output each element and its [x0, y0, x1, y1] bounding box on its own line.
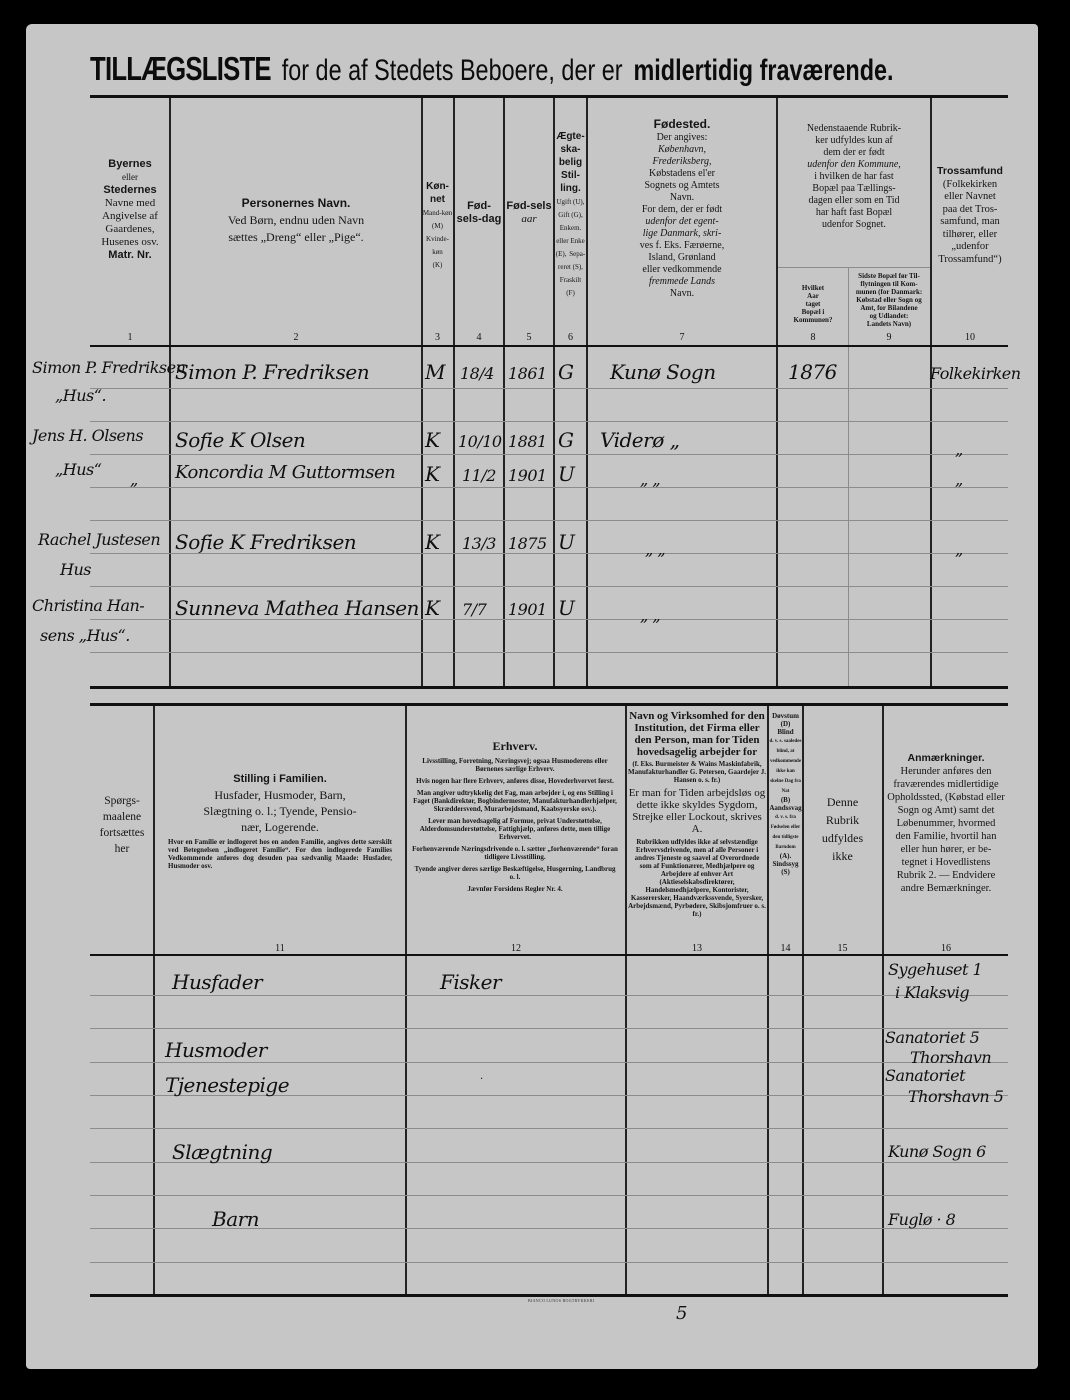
title-main: TILLÆGSLISTE: [90, 50, 271, 88]
cell-year-moved: 1876: [788, 360, 837, 384]
cell-birthplace: „ „: [640, 470, 660, 489]
col-number: 5: [506, 332, 552, 343]
col-number: 12: [408, 943, 624, 954]
cell-birthday: 10/10: [458, 432, 502, 451]
cell-birthplace: Kunø Sogn: [610, 360, 716, 384]
cell-position: Husfader: [172, 970, 262, 994]
header-col-5: Fød-selsaar: [506, 200, 552, 226]
header-col-8: Hvilket Aar taget Bopæl i Kommunen?: [780, 284, 846, 324]
cell-marital: U: [558, 530, 574, 554]
cell-sex: K: [425, 530, 439, 554]
cell-position: Barn: [212, 1207, 259, 1231]
page-number: 5: [676, 1303, 687, 1324]
col-number: 15: [804, 943, 881, 954]
cell-birthplace: „ „: [640, 606, 660, 625]
col-divider: [776, 98, 778, 688]
header-group-8-9: Nedenstaaende Rubrik- ker udfyldes kun a…: [780, 123, 928, 231]
title-middle: for de af Stedets Beboere, der er: [282, 54, 623, 88]
form-title: TILLÆGSLISTE for de af Stedets Beboere, …: [90, 50, 815, 90]
cell-religion: „: [955, 540, 963, 559]
col-number: 6: [555, 332, 586, 343]
cell-sex: K: [425, 596, 439, 620]
header-col-15: Denne Rubrik udfyldes ikke: [804, 793, 881, 865]
cell-remarks: Fuglø · 8: [888, 1210, 955, 1229]
ruled-line: [90, 454, 1008, 455]
cell-place: Simon P. Fredriksen: [32, 358, 185, 377]
cell-birthday: 13/3: [462, 534, 496, 553]
header-col-14: Døvstum (D) Blind d. v. s. saaledes blin…: [769, 712, 802, 876]
cell-position: Slægtning: [172, 1140, 272, 1164]
ruled-line: [90, 1262, 1008, 1263]
header-col-1: Byernes eller Stedernes Navne med Angive…: [92, 158, 168, 262]
cell-sex: M: [425, 360, 445, 384]
col-divider: [453, 98, 455, 688]
cell-name: Sofie K Fredriksen: [175, 530, 356, 554]
col-divider: [625, 706, 627, 1296]
stray-mark: ·: [480, 1074, 483, 1085]
table-bottom-rule: [90, 1294, 1008, 1297]
ruled-line: [90, 995, 1008, 996]
col-divider: [586, 98, 588, 688]
continuation-note: Spørgs- maalene fortsættes her: [92, 793, 152, 857]
cell-religion: „: [955, 440, 963, 459]
header-rule: [90, 954, 1008, 956]
cell-religion: Folkekirken: [930, 364, 1021, 383]
cell-remarks: Sanatoriet 5: [885, 1028, 979, 1047]
ruled-line: [90, 487, 1008, 488]
cell-religion: „: [955, 470, 963, 489]
header-col-4: Fød-sels-dag: [456, 200, 502, 226]
cell-marital: U: [558, 596, 574, 620]
col-divider: [153, 706, 155, 1296]
cell-place: Rachel Justesen: [38, 530, 160, 549]
cell-birthday: 18/4: [460, 364, 494, 383]
cell-place: sens „Hus“.: [40, 626, 130, 645]
cell-remarks: Thorshavn 5: [908, 1087, 1003, 1106]
ruled-line: [90, 652, 1008, 653]
header-col-9: Sidste Bopæl før Til- flytningen til Kom…: [850, 272, 928, 328]
cell-remarks: Thorshavn: [910, 1048, 991, 1067]
header-col-16: Anmærkninger. Herunder anføres den fravæ…: [885, 752, 1007, 895]
cell-sex: K: [425, 462, 439, 486]
col-number: 11: [160, 943, 400, 954]
col-number: 16: [885, 943, 1007, 954]
cell-marital: G: [558, 360, 573, 384]
cell-remarks: Kunø Sogn 6: [888, 1142, 986, 1161]
cell-occupation: Fisker: [440, 970, 501, 994]
ruled-line: [90, 520, 1008, 521]
cell-marital: U: [558, 462, 574, 486]
cell-birthyear: 1901: [508, 466, 547, 485]
ruled-line: [90, 1062, 1008, 1063]
title-end: midlertidig fraværende.: [633, 54, 893, 88]
cell-remarks: Sanatoriet: [885, 1066, 965, 1085]
col-divider: [405, 706, 407, 1296]
col-number: 14: [769, 943, 802, 954]
cell-place: „Hus“: [55, 460, 101, 479]
header-col-12: Erhverv. Livsstilling, Forretning, Nærin…: [412, 738, 618, 893]
col-divider: [503, 98, 505, 688]
ruled-line: [90, 586, 1008, 587]
ruled-line: [90, 421, 1008, 422]
col-divider: [882, 706, 884, 1296]
cell-place: Christina Han-: [32, 596, 144, 615]
ruled-line: [90, 1195, 1008, 1196]
ruled-line: [90, 388, 1008, 389]
header-col-10: Trossamfund (Folkekirken eller Navnet pa…: [932, 165, 1008, 266]
printer-mark: BIANCO LUNOS BOGTRYKKERI: [528, 1298, 594, 1303]
col-divider: [848, 268, 849, 688]
cell-remarks: i Klaksvig: [895, 983, 969, 1002]
cell-birthday: 11/2: [462, 466, 496, 485]
table-top-rule: [90, 703, 1008, 706]
cell-name: Koncordia M Guttormsen: [175, 462, 395, 483]
cell-remarks: Sygehuset 1: [888, 960, 982, 979]
cell-place: Jens H. Olsens: [32, 426, 143, 445]
col-number: 8: [780, 332, 846, 343]
col-number: 2: [172, 332, 420, 343]
col-number: 3: [422, 332, 453, 343]
cell-name: Sofie K Olsen: [175, 428, 305, 452]
header-col-2: Personernes Navn. Ved Børn, endnu uden N…: [172, 195, 420, 246]
header-col-11: Stilling i Familien. Husfader, Husmoder,…: [160, 770, 400, 870]
header-rule: [90, 345, 1008, 347]
cell-birthyear: 1881: [508, 432, 547, 451]
col-number: 4: [456, 332, 502, 343]
col-number: 1: [92, 332, 168, 343]
col-number: 13: [628, 943, 766, 954]
group-divider: [778, 267, 930, 268]
col-number: 9: [850, 332, 928, 343]
col-number: 7: [590, 332, 774, 343]
cell-sex: K: [425, 428, 439, 452]
ruled-line: [90, 1128, 1008, 1129]
cell-position: Husmoder: [165, 1038, 267, 1062]
cell-marital: G: [558, 428, 573, 452]
cell-name: Sunneva Mathea Hansen: [175, 596, 419, 620]
cell-name: Simon P. Fredriksen: [175, 360, 369, 384]
header-col-7: Fødested. Der angives: København, Freder…: [590, 118, 774, 300]
cell-place: „: [130, 470, 138, 489]
cell-birthplace: Viderø „: [600, 428, 679, 452]
title-rule: [90, 95, 1008, 98]
ruled-line: [90, 1028, 1008, 1029]
cell-birthyear: 1901: [508, 600, 547, 619]
header-col-6: Ægte-ska-belig Stil-ling. Ugift (U), Gif…: [555, 130, 586, 299]
cell-birthplace: „ „: [645, 540, 665, 559]
col-divider: [169, 98, 171, 688]
cell-birthyear: 1875: [508, 534, 547, 553]
col-number: 10: [932, 332, 1008, 343]
cell-birthyear: 1861: [508, 364, 547, 383]
cell-position: Tjenestepige: [165, 1073, 289, 1097]
cell-place: Hus: [60, 560, 91, 579]
header-col-3: Køn-net Mand-køn (M) Kvinde-køn (K): [422, 180, 453, 271]
table-bottom-rule: [90, 686, 1008, 689]
header-col-13: Navn og Virksomhed for den Institution, …: [628, 710, 766, 918]
cell-birthday: 7/7: [462, 600, 486, 619]
cell-place: „Hus“.: [55, 386, 106, 405]
